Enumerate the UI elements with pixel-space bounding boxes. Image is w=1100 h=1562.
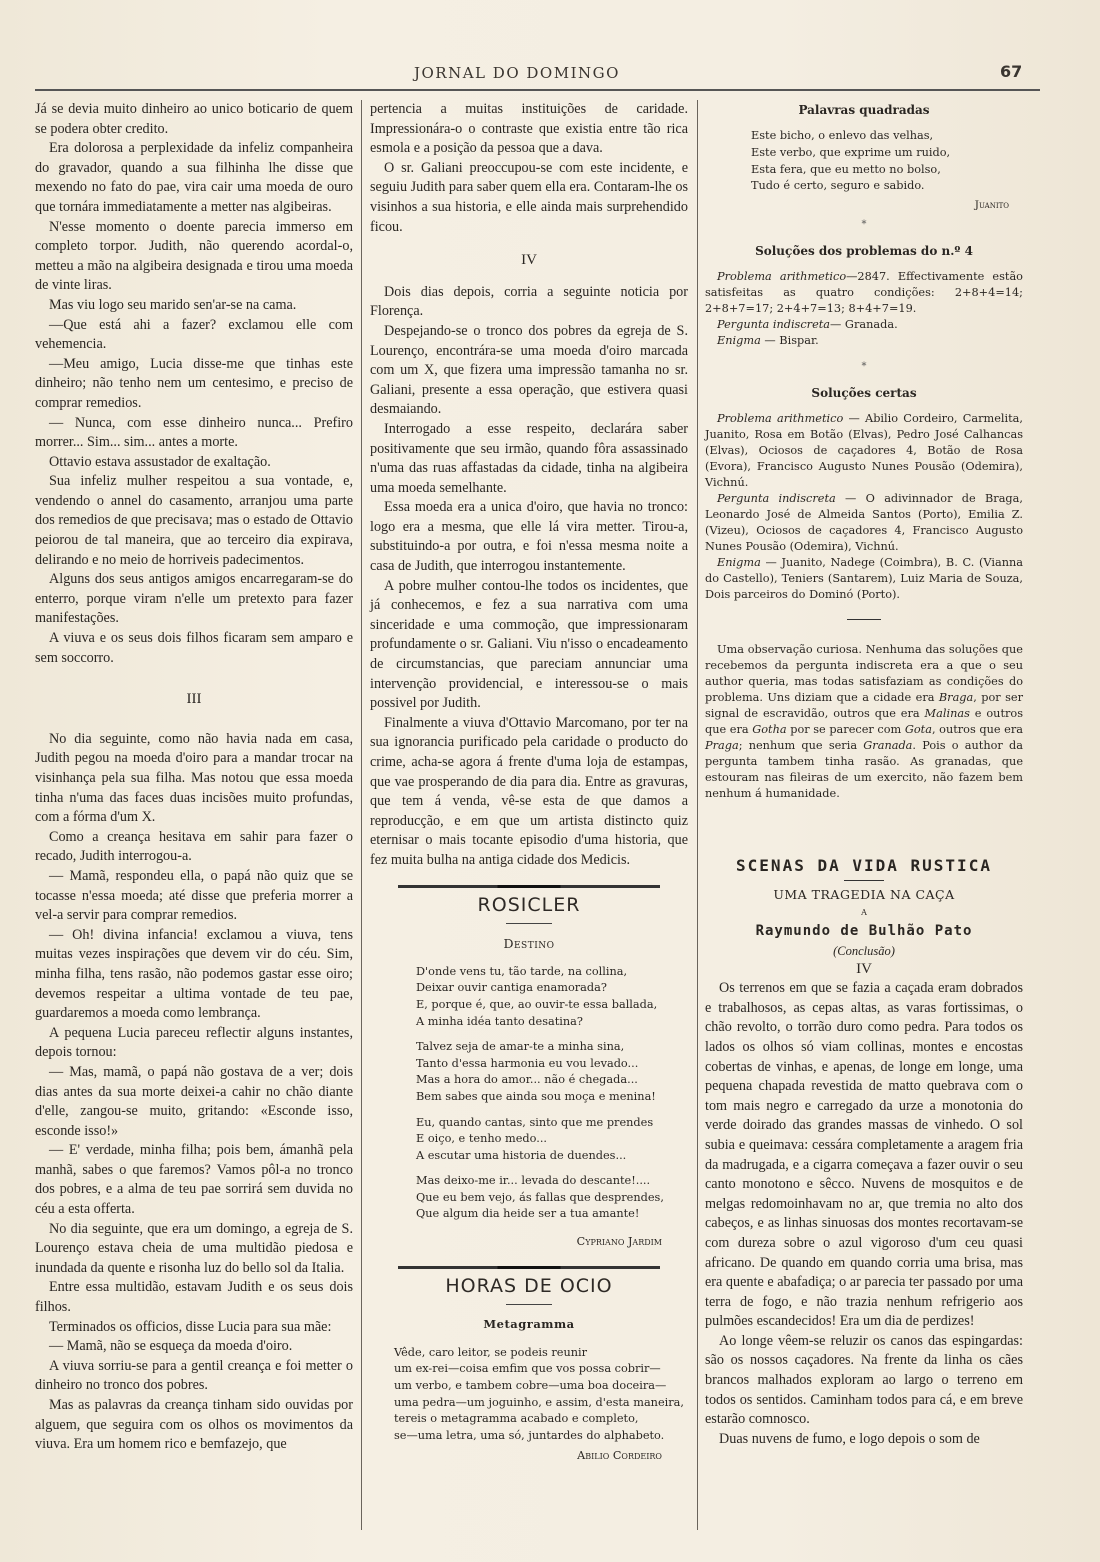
poem-line: tereis o metagramma acabado e completo, xyxy=(394,1411,688,1428)
text: por se parecer com xyxy=(787,723,905,736)
city-braga: Braga xyxy=(939,691,973,704)
poem-line: Vêde, caro leitor, se podeis reunir xyxy=(394,1345,688,1362)
metagramma-author: Abilio Cordeiro xyxy=(370,1446,688,1466)
short-rule xyxy=(847,619,881,620)
city-granada: Granada xyxy=(863,739,912,752)
conclusion-note: (Conclusão) xyxy=(705,943,1023,959)
paragraph: Essa moeda era a unica d'oiro, que havia… xyxy=(370,498,688,576)
solver-list: Pergunta indiscreta — O adivinnador de B… xyxy=(705,491,1023,555)
solution-label: Problema arithmetico xyxy=(717,270,846,283)
scenas-section: SCENAS DA VIDA RUSTICA UMA TRAGEDIA NA C… xyxy=(705,858,1023,1449)
certas-title: Soluções certas xyxy=(705,385,1023,401)
paragraph: No dia seguinte, que era um domingo, a e… xyxy=(35,1220,353,1279)
paragraph: Já se devia muito dinheiro ao unico boti… xyxy=(35,100,353,139)
page-number: 67 xyxy=(1000,62,1022,81)
poem-line: Bem sabes que ainda sou moça e menina! xyxy=(416,1089,688,1106)
paragraph: No dia seguinte, como não havia nada em … xyxy=(35,730,353,828)
poem-destino: D'onde vens tu, tão tarde, na collina, D… xyxy=(370,964,688,1223)
dedication-prefix: A xyxy=(705,905,1023,921)
text: , outros que era xyxy=(932,723,1023,736)
poem-line: se—uma letra, uma só, juntardes do alpha… xyxy=(394,1428,688,1445)
poem-line: Que algum dia heide ser a tua amante! xyxy=(416,1206,688,1223)
horas-heading: HORAS DE OCIO xyxy=(370,1277,688,1297)
paragraph: Duas nuvens de fumo, e logo depois o som… xyxy=(705,1430,1023,1450)
newspaper-page: JORNAL DO DOMINGO 67 Já se devia muito d… xyxy=(0,0,1100,1562)
city-gotha: Gotha xyxy=(752,723,786,736)
poem-line: uma pedra—um joguinho, e assim, d'esta m… xyxy=(394,1395,688,1412)
palavras-poem: Este bicho, o enlevo das velhas, Este ve… xyxy=(705,128,1023,195)
column-divider xyxy=(361,100,362,1530)
solution-label: Pergunta indiscreta xyxy=(717,318,830,331)
paragraph: —Que está ahi a fazer? exclamou elle com… xyxy=(35,316,353,355)
text: ; nenhum que seria xyxy=(739,739,864,752)
scenas-subtitle: UMA TRAGEDIA NA CAÇA xyxy=(705,887,1023,903)
solution-text: — Bispar. xyxy=(761,334,819,347)
poem-line: Tudo é certo, seguro e sabido. xyxy=(751,178,1023,195)
column-divider xyxy=(697,100,698,1530)
metagramma-title: Metagramma xyxy=(370,1315,688,1335)
poem-line: Deixar ouvir cantiga enamorada? xyxy=(416,980,688,997)
palavras-title: Palavras quadradas xyxy=(705,102,1023,118)
asterism: * xyxy=(705,359,1023,375)
paragraph: Interrogado a esse respeito, declarára s… xyxy=(370,420,688,498)
paragraph: Entre essa multidão, estavam Judith e os… xyxy=(35,1278,353,1317)
scenas-title: SCENAS DA VIDA RUSTICA xyxy=(705,858,1023,874)
horas-de-ocio-section: HORAS DE OCIO Metagramma Vêde, caro leit… xyxy=(370,1266,688,1466)
solucoes-section: Soluções dos problemas do n.º 4 Problema… xyxy=(705,243,1023,349)
solution-text: — Granada. xyxy=(830,318,898,331)
asterism: * xyxy=(705,217,1023,233)
poem-line: E oiço, e tenho medo... xyxy=(416,1131,688,1148)
paragraph: Ao longe vêem-se reluzir os canos das es… xyxy=(705,1332,1023,1430)
header-rule xyxy=(35,89,1040,91)
solver-list: Enigma — Juanito, Nadege (Coimbra), B. C… xyxy=(705,555,1023,603)
paragraph: Os terrenos em que se fazia a caçada era… xyxy=(705,979,1023,1332)
poem-line: Este bicho, o enlevo das velhas, xyxy=(751,128,1023,145)
paragraph: A pobre mulher contou-lhe todos os incid… xyxy=(370,577,688,714)
word-gota: Gota xyxy=(905,723,932,736)
section-rule xyxy=(398,885,660,888)
paragraph: Terminados os officios, disse Lucia para… xyxy=(35,1318,353,1338)
paragraph: pertencia a muitas instituições de carid… xyxy=(370,100,688,159)
palavras-author: Juanito xyxy=(705,197,1009,213)
solver-label: Problema arithmetico xyxy=(717,412,843,425)
paragraph: — Oh! divina infancia! exclamou a viuva,… xyxy=(35,926,353,1024)
solution-label: Enigma xyxy=(717,334,761,347)
stanza: Talvez seja de amar-te a minha sina, Tan… xyxy=(416,1039,688,1105)
short-rule xyxy=(506,923,552,924)
section-heading-iv: IV xyxy=(370,251,688,271)
column-3: Palavras quadradas Este bicho, o enlevo … xyxy=(705,100,1023,1449)
poem-line: Que eu bem vejo, ás fallas que desprende… xyxy=(416,1190,688,1207)
paragraph: Dois dias depois, corria a seguinte noti… xyxy=(370,283,688,322)
section-heading-iii: III xyxy=(35,690,353,710)
paragraph: Ottavio estava assustador de exaltação. xyxy=(35,453,353,473)
paragraph: — Mamã, não se esqueça da moeda d'oiro. xyxy=(35,1337,353,1357)
solucoes-title: Soluções dos problemas do n.º 4 xyxy=(705,243,1023,259)
solver-label: Enigma xyxy=(717,556,761,569)
masthead: JORNAL DO DOMINGO 67 xyxy=(0,62,1100,86)
poem-line: um ex-rei—coisa emfim que vos possa cobr… xyxy=(394,1361,688,1378)
rosicler-heading: ROSICLER xyxy=(370,896,688,916)
paragraph: Mas as palavras da creança tinham sido o… xyxy=(35,1396,353,1455)
solution-item: Problema arithmetico—2847. Effectivament… xyxy=(705,269,1023,317)
paragraph: O sr. Galiani preoccupou-se com este inc… xyxy=(370,159,688,237)
poem-line: A minha idéa tanto desatina? xyxy=(416,1014,688,1031)
stanza: Mas deixo-me ir... levada do descante!..… xyxy=(416,1173,688,1223)
paragraph: Alguns dos seus antigos amigos encarrega… xyxy=(35,570,353,629)
poem-line: Este verbo, que exprime um ruido, xyxy=(751,145,1023,162)
solution-item: Enigma — Bispar. xyxy=(705,333,1023,349)
paragraph: Era dolorosa a perplexidade da infeliz c… xyxy=(35,139,353,217)
solution-item: Pergunta indiscreta— Granada. xyxy=(705,317,1023,333)
short-rule xyxy=(844,880,884,881)
stanza: D'onde vens tu, tão tarde, na collina, D… xyxy=(416,964,688,1030)
poem-author: Cypriano Jardim xyxy=(370,1232,688,1252)
dedicatee: Raymundo de Bulhão Pato xyxy=(705,923,1023,939)
poem-line: Mas deixo-me ir... levada do descante!..… xyxy=(416,1173,688,1190)
paragraph: A viuva e os seus dois filhos ficaram se… xyxy=(35,629,353,668)
city-malinas: Malinas xyxy=(925,707,970,720)
poem-line: um verbo, e tambem cobre—uma boa doceira… xyxy=(394,1378,688,1395)
paragraph: — Mas, mamã, o papá não gostava de a ver… xyxy=(35,1063,353,1141)
stanza: Eu, quando cantas, sinto que me prendes … xyxy=(416,1115,688,1165)
poem-line: Mas a hora do amor... não é chegada... xyxy=(416,1072,688,1089)
poem-title: Destino xyxy=(370,934,688,954)
poem-line: Tanto d'essa harmonia eu vou levado... xyxy=(416,1056,688,1073)
poem-line: Talvez seja de amar-te a minha sina, xyxy=(416,1039,688,1056)
poem-line: E, porque é, que, ao ouvir-te essa balla… xyxy=(416,997,688,1014)
column-2-story: pertencia a muitas instituições de carid… xyxy=(370,100,688,1476)
paragraph: —Meu amigo, Lucia disse-me que tinhas es… xyxy=(35,355,353,414)
solver-label: Pergunta indiscreta xyxy=(717,492,836,505)
short-rule xyxy=(506,1304,552,1305)
paragraph: Sua infeliz mulher respeitou a sua vonta… xyxy=(35,472,353,570)
paragraph: Despejando-se o tronco dos pobres da egr… xyxy=(370,322,688,420)
metagramma-poem: Vêde, caro leitor, se podeis reunir um e… xyxy=(370,1345,688,1445)
solver-list: Problema arithmetico — Abilio Cordeiro, … xyxy=(705,411,1023,491)
poem-line: D'onde vens tu, tão tarde, na collina, xyxy=(416,964,688,981)
section-heading-iv: IV xyxy=(705,961,1023,977)
palavras-quadradas: Palavras quadradas Este bicho, o enlevo … xyxy=(705,102,1023,213)
newspaper-title: JORNAL DO DOMINGO xyxy=(414,64,620,82)
rosicler-section: ROSICLER Destino D'onde vens tu, tão tar… xyxy=(370,885,688,1252)
paragraph: N'esse momento o doente parecia immerso … xyxy=(35,218,353,296)
paragraph: Mas viu logo seu marido sen'ar-se na cam… xyxy=(35,296,353,316)
city-praga: Praga xyxy=(705,739,739,752)
column-1-story: Já se devia muito dinheiro ao unico boti… xyxy=(35,100,353,1455)
solucoes-certas-section: Soluções certas Problema arithmetico — A… xyxy=(705,385,1023,603)
poem-line: A escutar uma historia de duendes... xyxy=(416,1148,688,1165)
paragraph: Finalmente a viuva d'Ottavio Marcomano, … xyxy=(370,714,688,871)
paragraph: — E' verdade, minha filha; pois bem, áma… xyxy=(35,1141,353,1219)
poem-line: Esta fera, que eu metto no bolso, xyxy=(751,162,1023,179)
scenas-body: Os terrenos em que se fazia a caçada era… xyxy=(705,979,1023,1449)
paragraph: — Mamã, respondeu ella, o papá não quiz … xyxy=(35,867,353,926)
paragraph: A pequena Lucia pareceu reflectir alguns… xyxy=(35,1024,353,1063)
section-rule xyxy=(398,1266,660,1269)
observation-paragraph: Uma observação curiosa. Nenhuma das solu… xyxy=(705,642,1023,802)
paragraph: — Nunca, com esse dinheiro nunca... Pref… xyxy=(35,414,353,453)
paragraph: A viuva sorriu-se para a gentil creança … xyxy=(35,1357,353,1396)
paragraph: Como a creança hesitava em sahir para fa… xyxy=(35,828,353,867)
poem-line: Eu, quando cantas, sinto que me prendes xyxy=(416,1115,688,1132)
